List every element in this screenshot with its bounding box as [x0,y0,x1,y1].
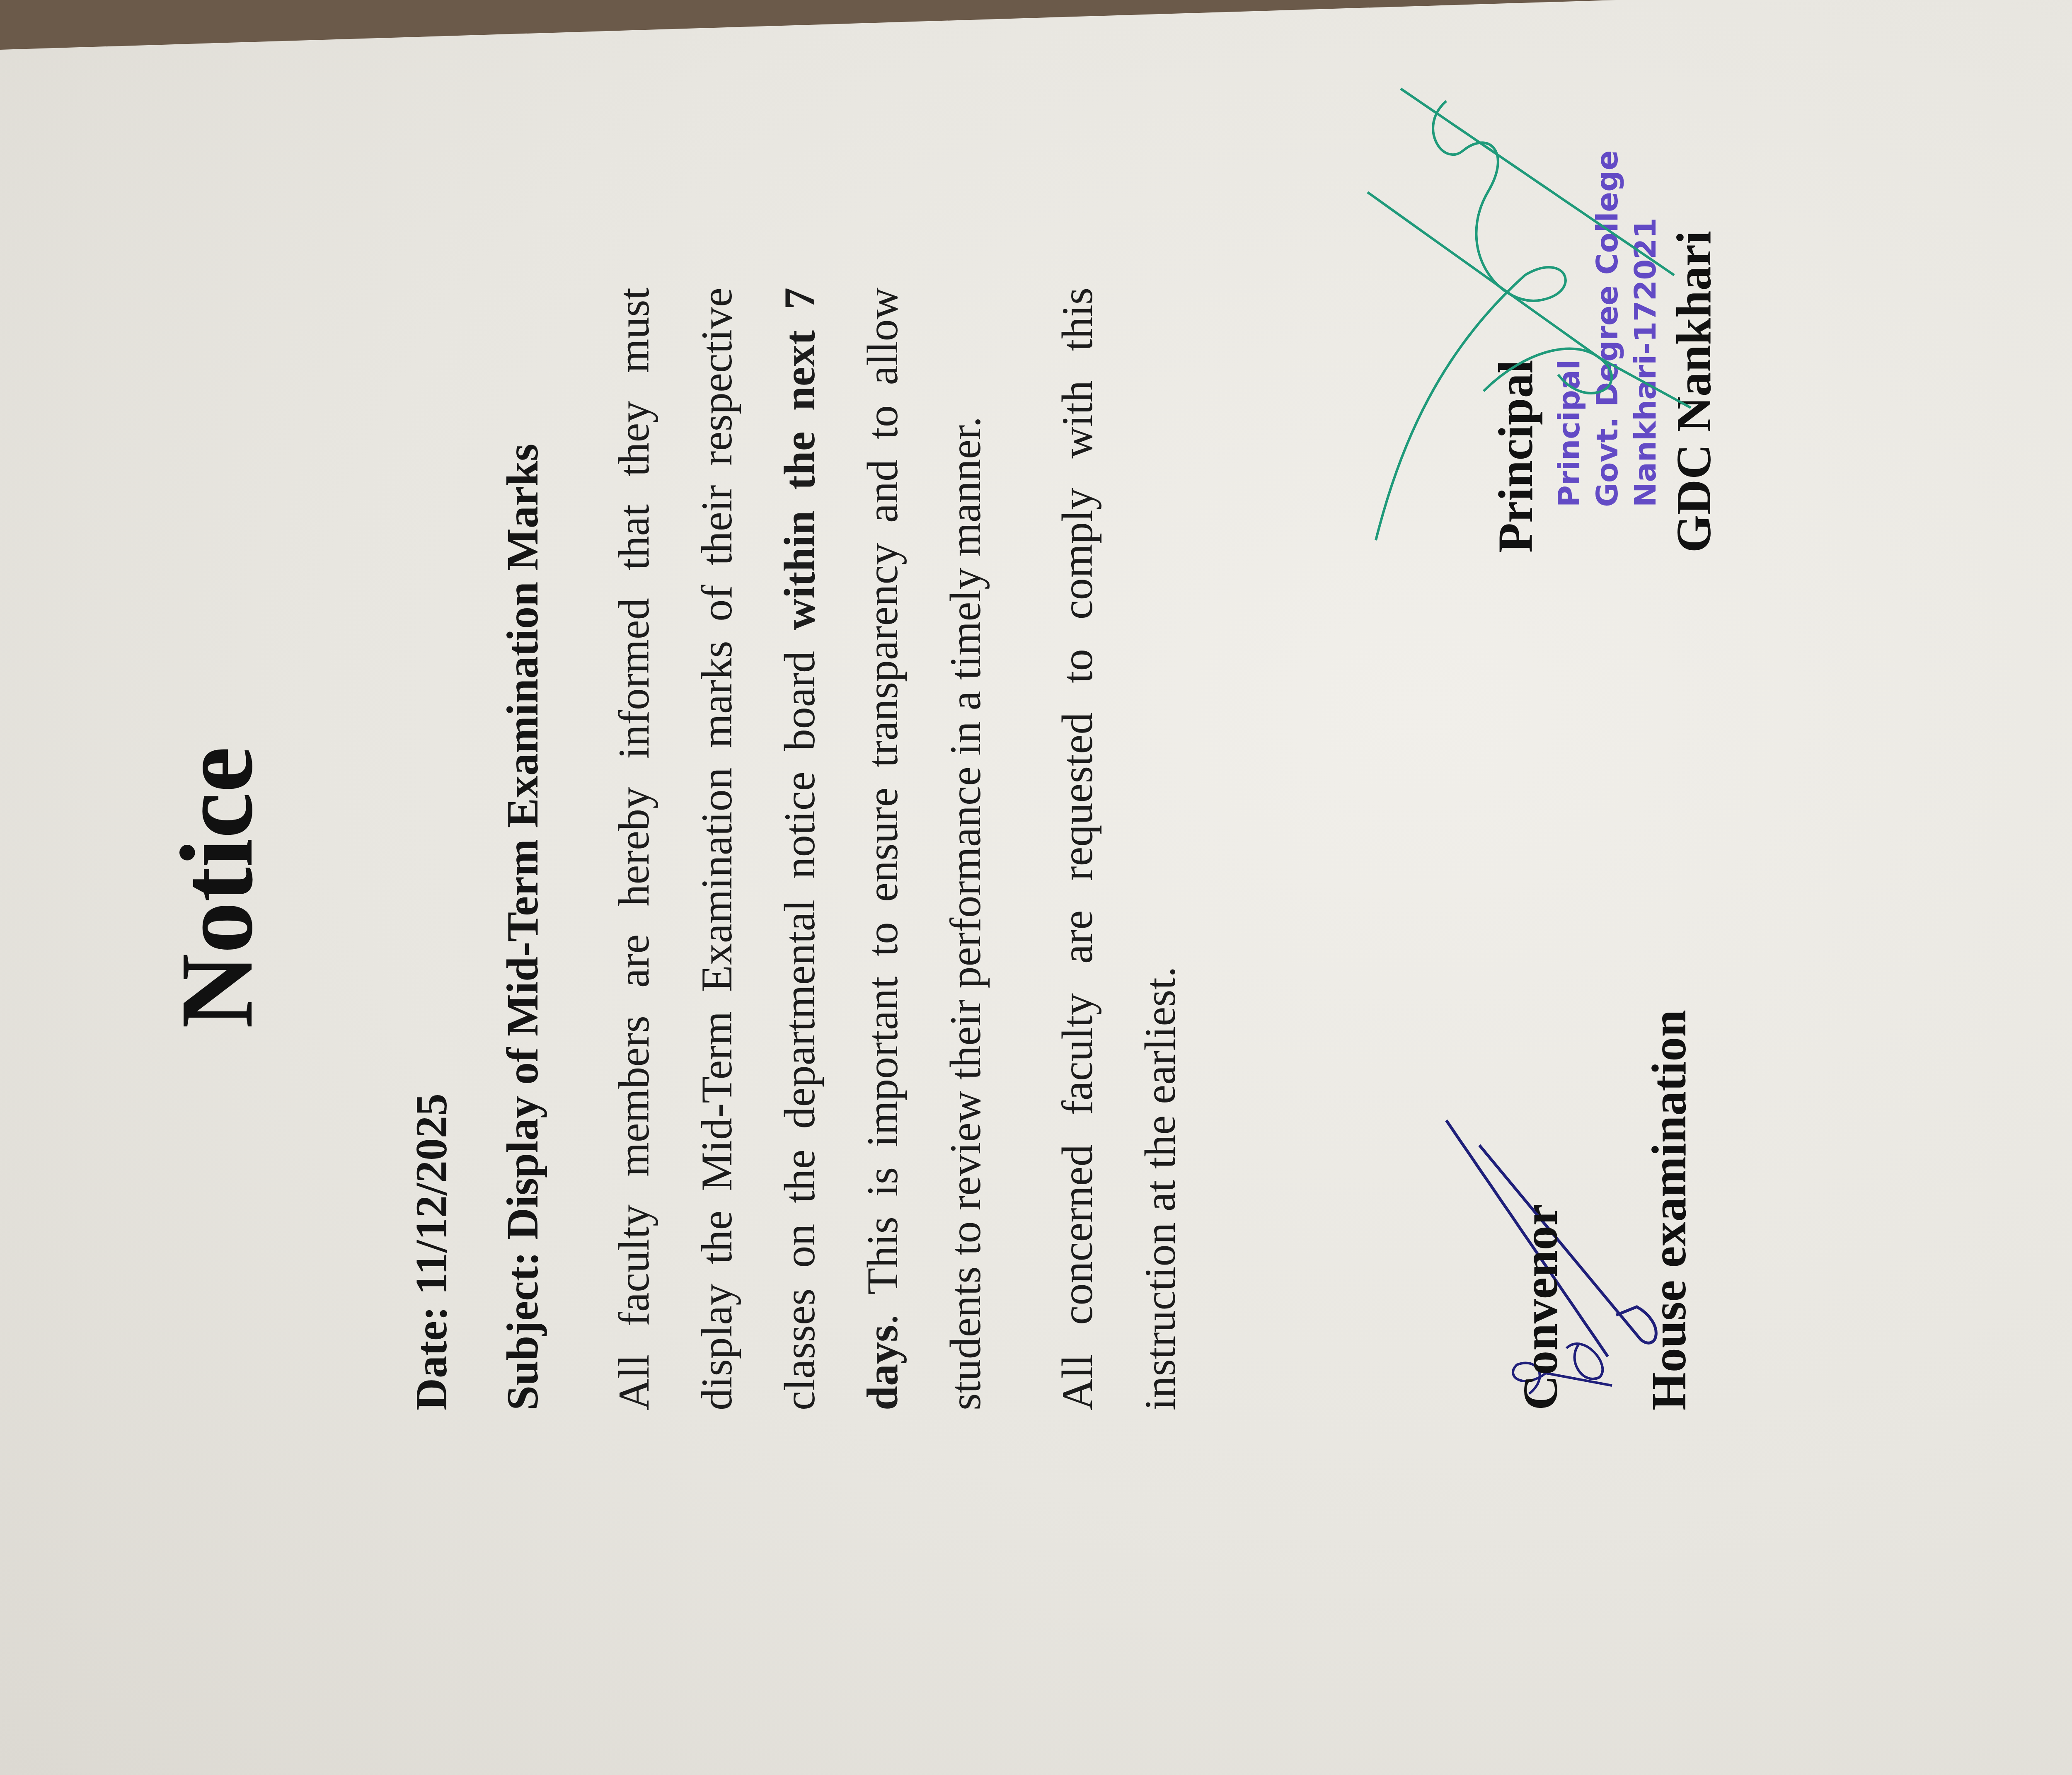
notice-date: Date: 11/12/2025 [406,1093,457,1410]
notice-paragraph-1: All faculty members are hereby informed … [593,288,1007,1410]
notice-subject: Subject: Display of Mid-Term Examination… [497,444,549,1410]
notice-document: Notice Date: 11/12/2025 Subject: Display… [0,0,2072,1775]
convenor-title: Convenor [1513,1204,1569,1410]
notice-title: Notice [157,0,277,1775]
convenor-org: House examination [1641,1010,1697,1410]
paragraph-1-text-b: . This is important to ensure transparen… [858,288,990,1410]
notice-paragraph-2: All concerned faculty are requested to c… [1036,288,1202,1410]
principal-signature [1351,27,1724,565]
